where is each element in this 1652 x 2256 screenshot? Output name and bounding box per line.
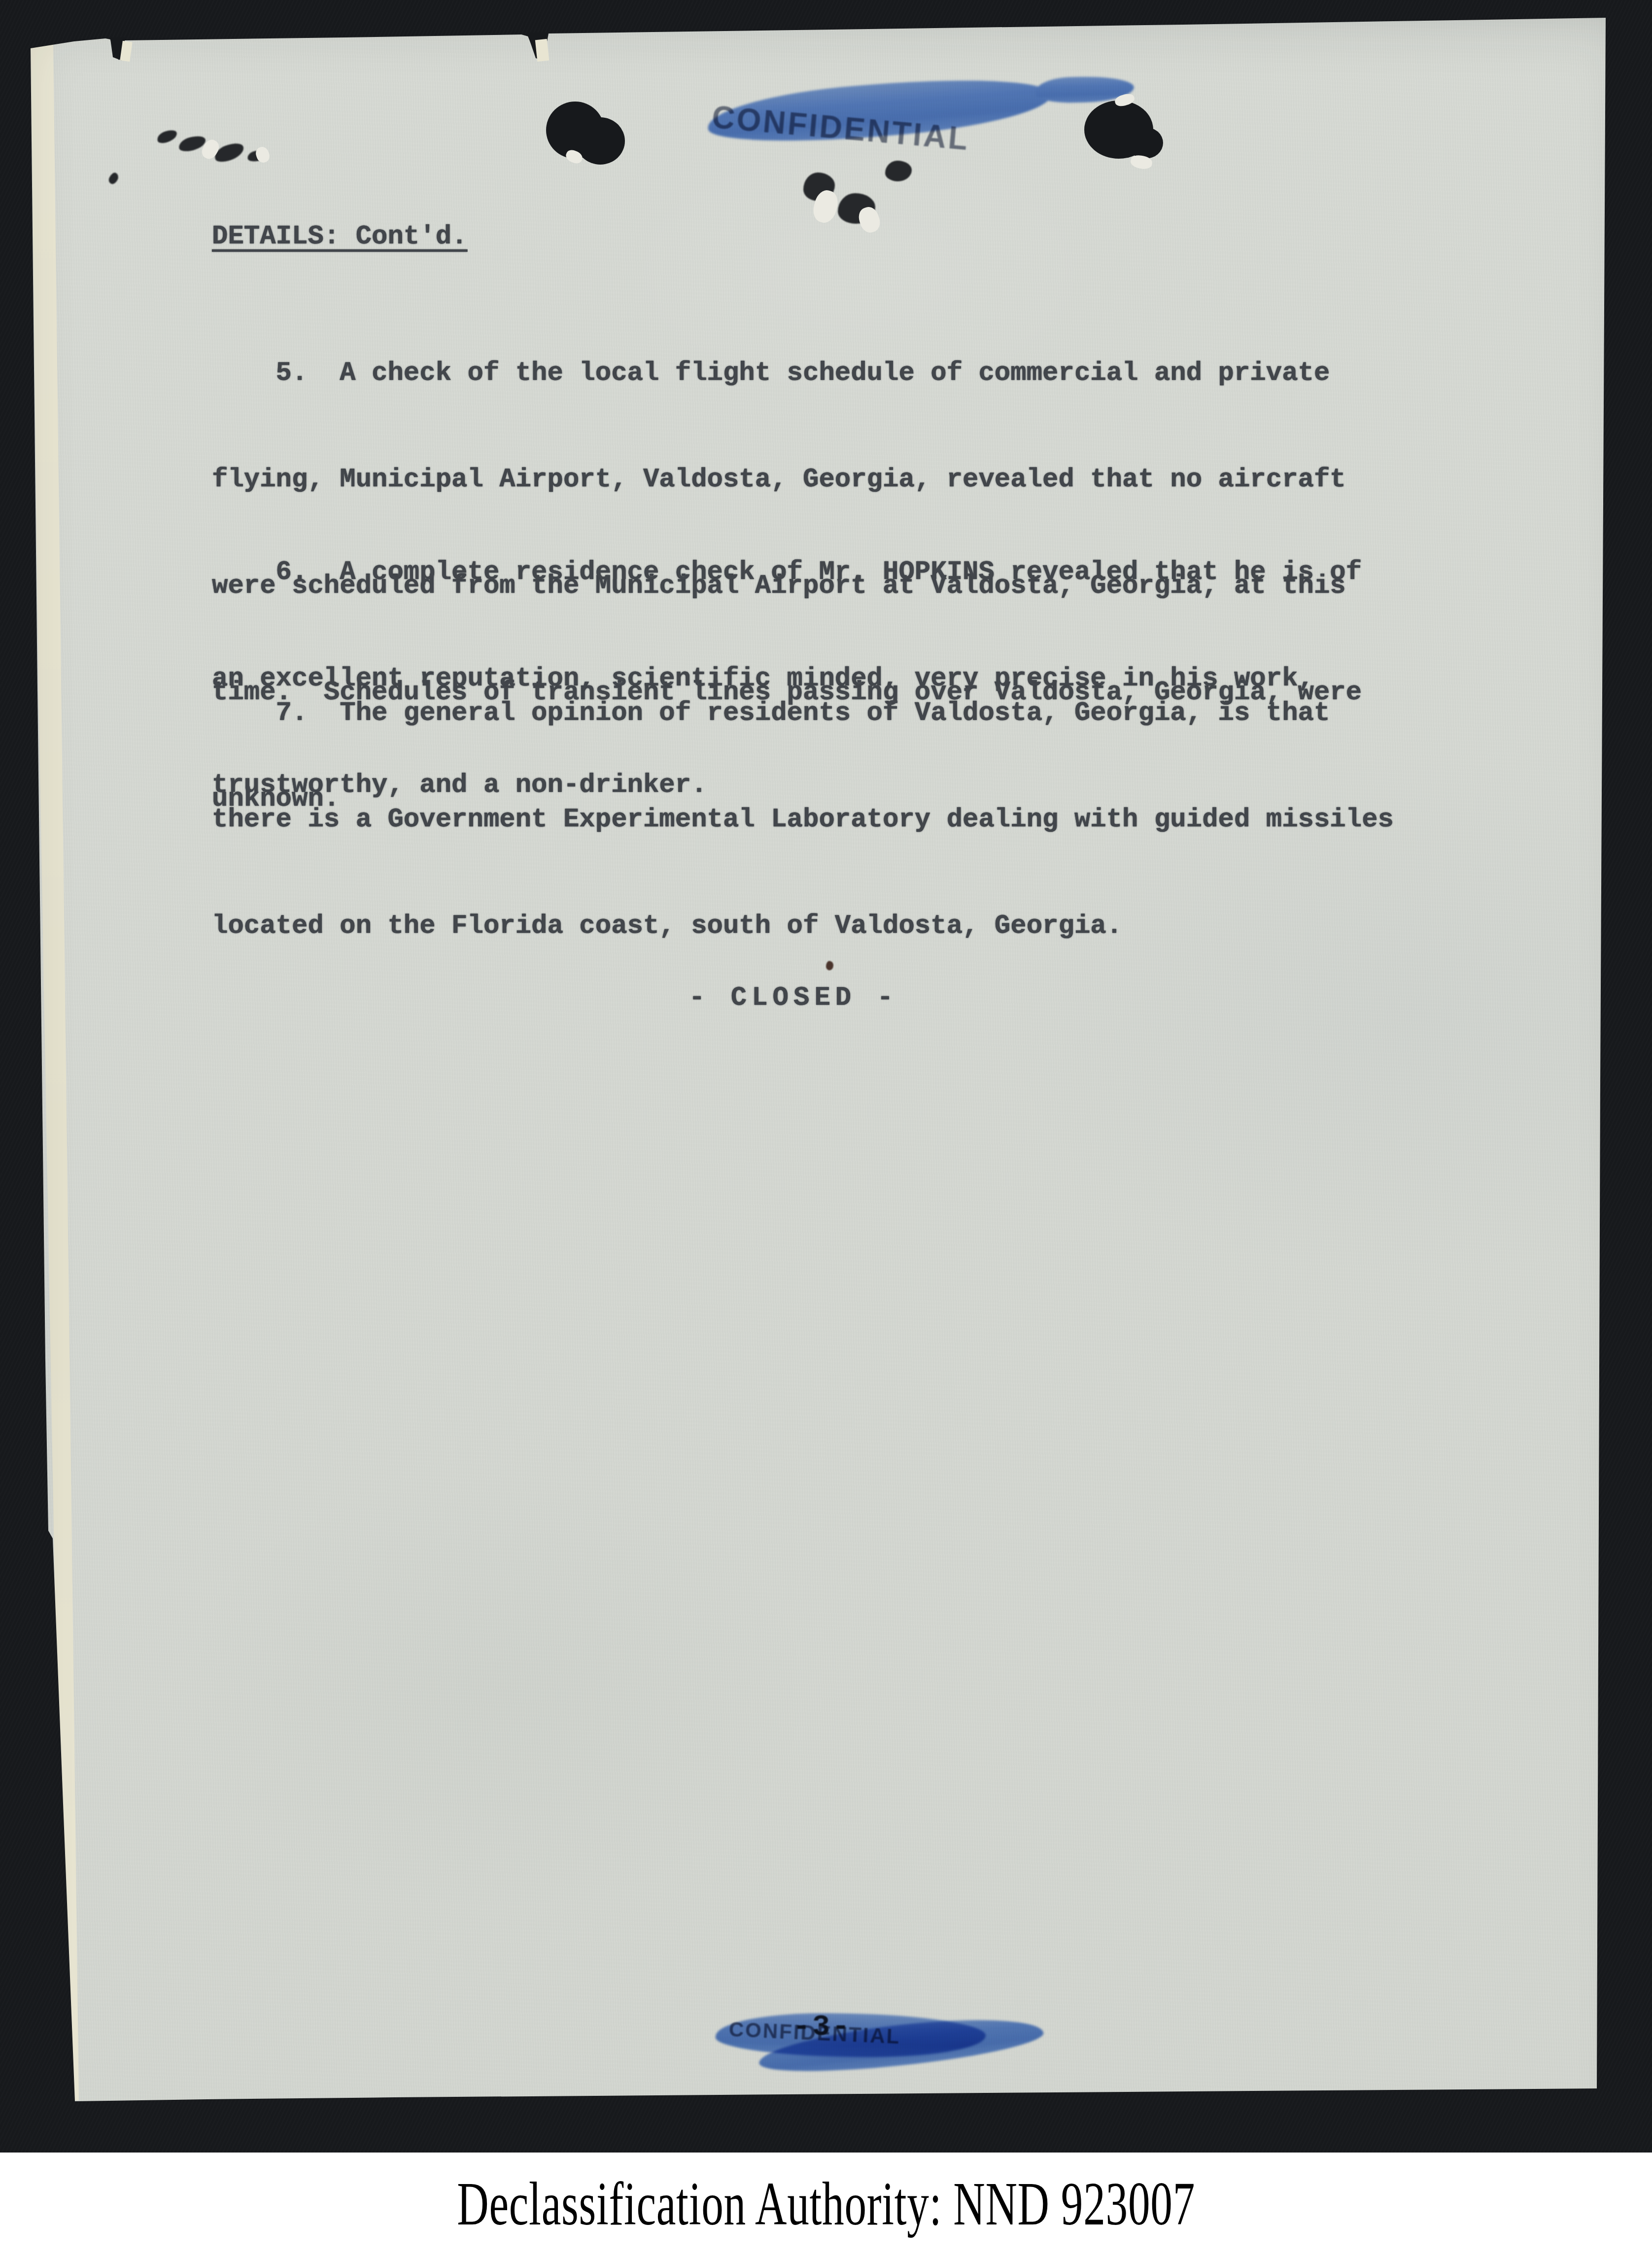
scanned-page: CONFIDENTIAL DETAILS: Cont'd. 5. A check… [0,0,1652,2256]
text-line: there is a Government Experimental Labor… [212,802,1394,838]
smudge-mark [107,171,120,186]
closed-marker: - CLOSED - [689,981,898,1016]
declassification-text: Declassification Authority: NND 923007 [457,2169,1195,2239]
paper-tear [254,145,271,165]
declassification-strip: Declassification Authority: NND 923007 [0,2153,1652,2256]
hole-punch-right-lobe [1128,127,1163,159]
smudge-mark [885,161,912,181]
torn-flap [535,39,549,62]
text-line: located on the Florida coast, south of V… [212,909,1394,944]
smudge-mark [156,128,179,145]
text-line: 7. The general opinion of residents of V… [212,696,1394,731]
scanned-document-page: { "typed": { "heading": "DETAILS: Cont'd… [0,0,1652,2256]
hole-punch-left-lobe [576,117,625,165]
text-line: 5. A check of the local flight schedule … [212,356,1362,391]
section-heading: DETAILS: Cont'd. [212,219,467,255]
text-line: 6. A complete residence check of Mr. HOP… [212,555,1362,590]
paragraph-7: 7. The general opinion of residents of V… [212,625,1394,1015]
